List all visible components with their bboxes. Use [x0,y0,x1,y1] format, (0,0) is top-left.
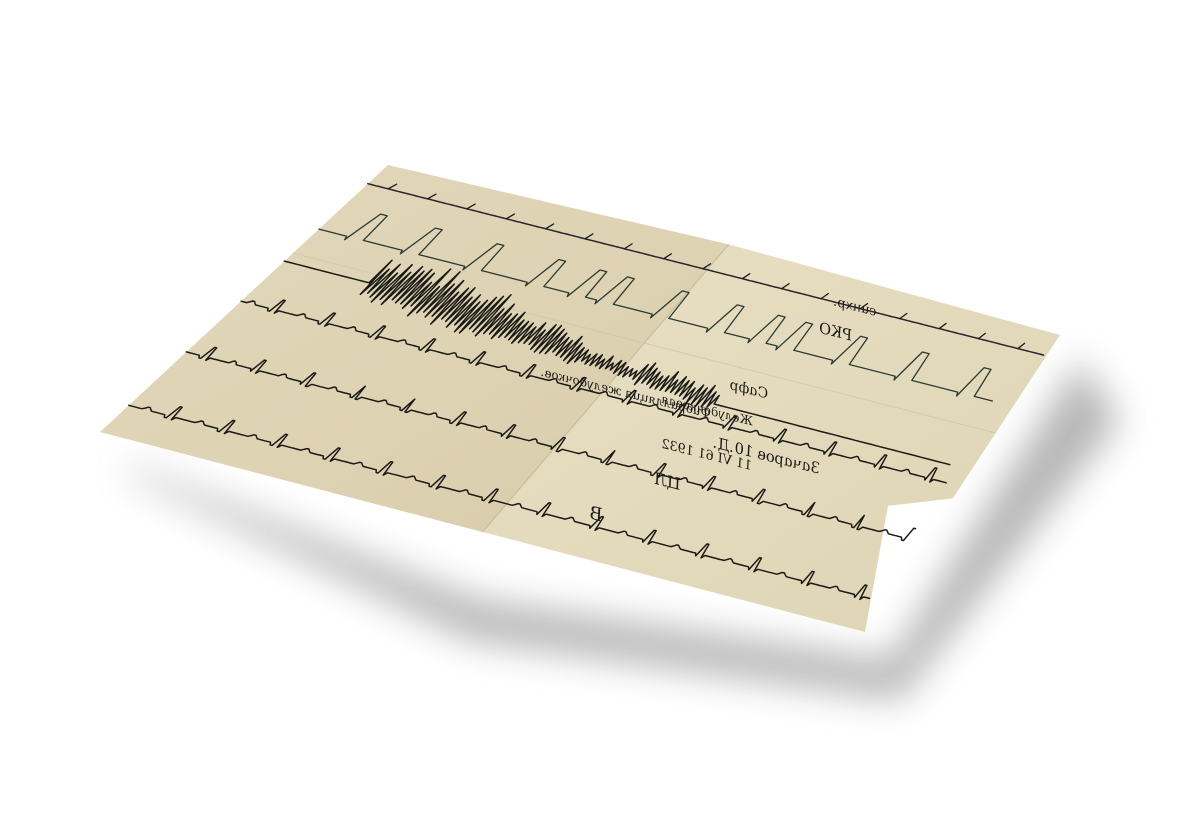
paper-sheet [100,165,1060,632]
document-scene: синхр.РКОСафрФибрилляция желудочков.Желу… [0,0,1200,839]
